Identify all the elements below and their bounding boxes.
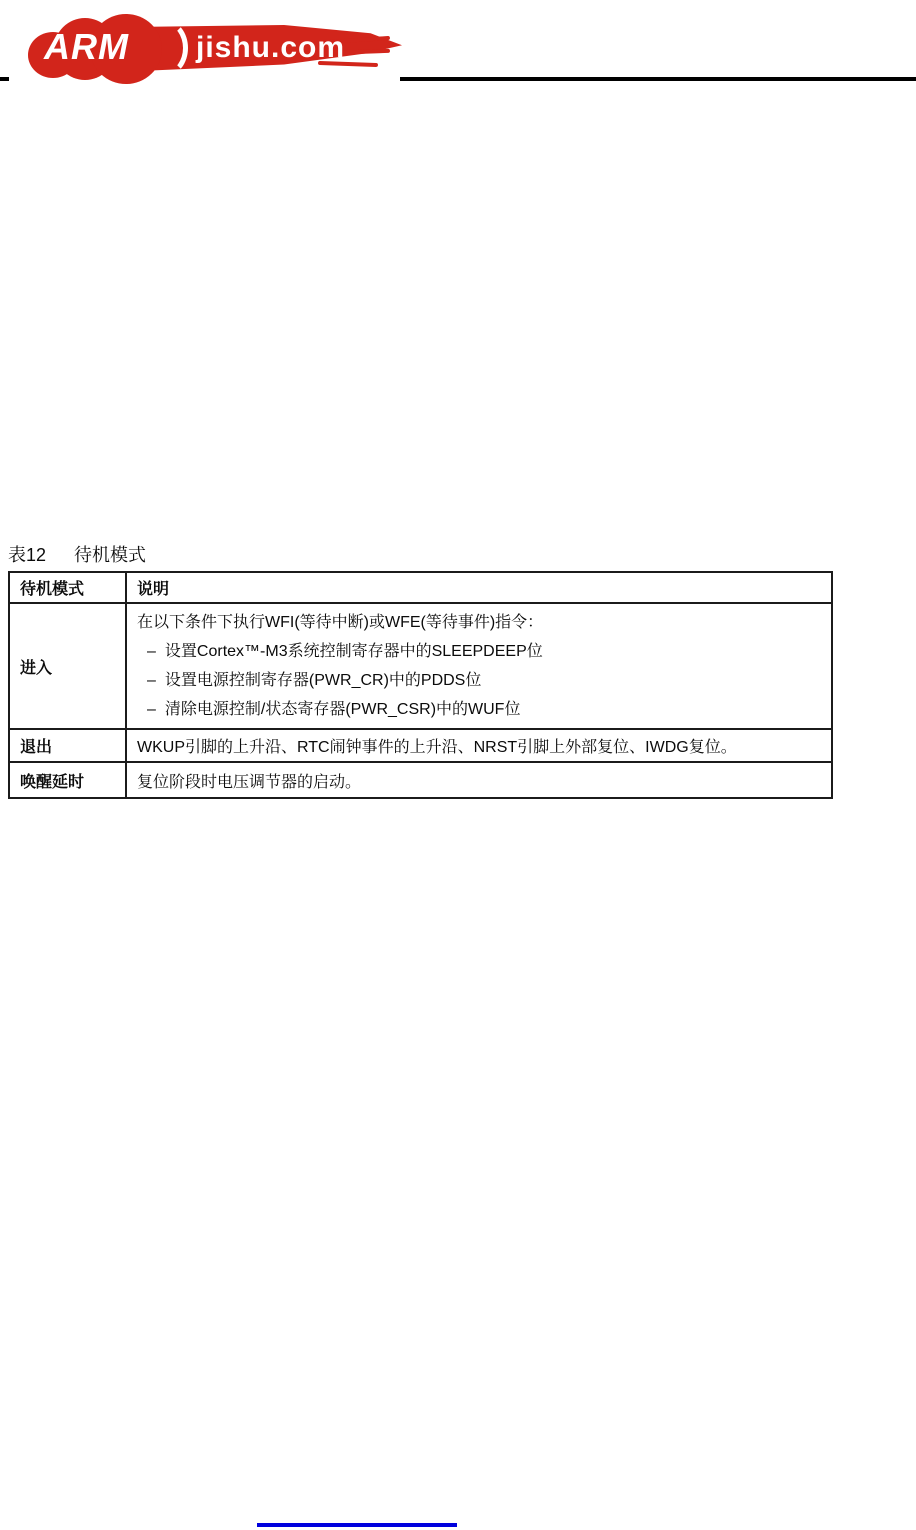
logo-paren-arc	[144, 20, 188, 76]
bullet-text: 设置电源控制寄存器(PWR_CR)中的PDDS位	[165, 672, 481, 689]
mode-cell: 唤醒延时	[9, 762, 126, 798]
table-row-exit: 退出 WKUP引脚的上升沿、RTC闹钟事件的上升沿、NRST引脚上外部复位、IW…	[9, 729, 832, 762]
bullet-text: 设置Cortex™-M3系统控制寄存器中的SLEEPDEEP位	[165, 643, 543, 660]
logo-site-text: jishu.com	[196, 31, 345, 65]
armjishu-logo: ARM jishu.com	[28, 10, 393, 78]
bullet-dash: –	[147, 695, 156, 724]
description-cell: WKUP引脚的上升沿、RTC闹钟事件的上升沿、NRST引脚上外部复位、IWDG复…	[126, 729, 832, 762]
bullet-item: –设置Cortex™-M3系统控制寄存器中的SLEEPDEEP位	[137, 637, 831, 666]
logo-brand-text: ARM	[44, 26, 129, 68]
enter-intro-text: 在以下条件下执行WFI(等待中断)或WFE(等待事件)指令：	[137, 608, 831, 637]
description-cell: 复位阶段时电压调节器的启动。	[126, 762, 832, 798]
header-cell-mode: 待机模式	[9, 572, 126, 603]
document-page: ARM jishu.com 表12待机模式 待机模式 说明 进入 在以下条件下执…	[0, 0, 916, 1530]
header-rule-left	[0, 77, 9, 81]
bullet-text: 清除电源控制/状态寄存器(PWR_CSR)中的WUF位	[165, 701, 521, 718]
table-row-enter: 进入 在以下条件下执行WFI(等待中断)或WFE(等待事件)指令： –设置Cor…	[9, 603, 832, 729]
table-caption: 表12待机模式	[8, 541, 146, 567]
header-cell-description: 说明	[126, 572, 832, 603]
mode-cell: 进入	[9, 603, 126, 729]
bullet-item: –清除电源控制/状态寄存器(PWR_CSR)中的WUF位	[137, 695, 831, 724]
description-cell: 在以下条件下执行WFI(等待中断)或WFE(等待事件)指令： –设置Cortex…	[126, 603, 832, 729]
bullet-dash: –	[147, 637, 156, 666]
table-caption-number: 表12	[8, 545, 46, 565]
header-rule-right	[400, 77, 916, 81]
footer-link-underline[interactable]	[257, 1523, 457, 1527]
mode-cell: 退出	[9, 729, 126, 762]
table-row-wakeup-delay: 唤醒延时 复位阶段时电压调节器的启动。	[9, 762, 832, 798]
table-header-row: 待机模式 说明	[9, 572, 832, 603]
standby-mode-table: 待机模式 说明 进入 在以下条件下执行WFI(等待中断)或WFE(等待事件)指令…	[8, 571, 833, 799]
bullet-dash: –	[147, 666, 156, 695]
table-caption-title: 待机模式	[74, 545, 146, 565]
bullet-item: –设置电源控制寄存器(PWR_CR)中的PDDS位	[137, 666, 831, 695]
